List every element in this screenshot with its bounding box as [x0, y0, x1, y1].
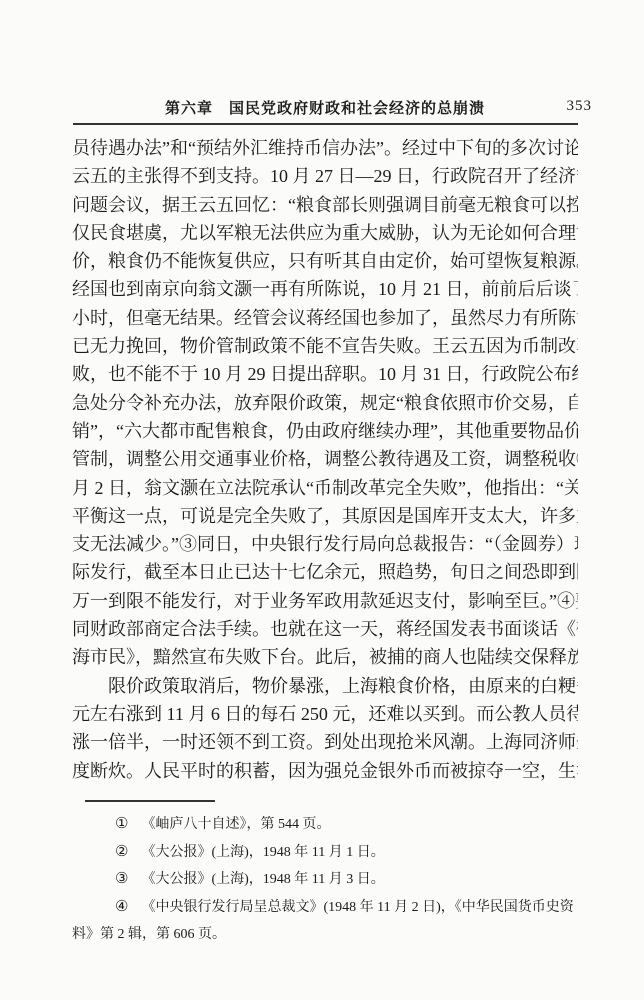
text-line: 急处分令补充办法，放弃限价政策，规定“粮食依照市价交易，自由运 [72, 389, 578, 417]
footnote-text: 《大公报》(上海)，1948 年 11 月 3 日。 [141, 872, 384, 887]
text-line: 小时，但毫无结果。经管会议蒋经国也参加了，虽然尽力有所陈说，但 [72, 304, 578, 332]
text-line: 月 2 日，翁文灏在立法院承认“币制改革完全失败”，他指出：“关于收支 [72, 474, 578, 502]
footnote-text: 《岫庐八十自述》，第 544 页。 [141, 817, 330, 832]
footnote-marker: ④ [115, 899, 128, 915]
footnote-item: ③《大公报》(上海)，1948 年 11 月 3 日。 [72, 866, 584, 894]
footnote-marker: ① [115, 816, 128, 832]
text-line: 销”，“六大都市配售粮食，仍由政府继续办理”，其他重要物品价格继续 [72, 417, 578, 445]
text-line: 员待遇办法”和“预结外汇维持币信办法”。经过中下旬的多次讨论，王 [72, 134, 578, 162]
text-line: 海市民》，黯然宣布失败下台。此后，被捕的商人也陆续交保释放。 [72, 643, 578, 671]
text-line: 云五的主张得不到支持。10 月 27 日—29 日，行政院召开了经济管理 [72, 162, 578, 190]
text-line: 限价政策取消后，物价暴涨，上海粮食价格，由原来的白粳每石 20 [72, 672, 578, 700]
chapter-title: 第六章 国民党政府财政和社会经济的总崩溃 [72, 97, 578, 118]
text-line: 仅民食堪虞，尤以军粮无法供应为重大威胁，认为无论如何合理调整粮 [72, 219, 578, 247]
text-line: 涨一倍半，一时还领不到工资。到处出现抢米风潮。上海同济师生一 [72, 728, 578, 756]
text-line: 同财政部商定合法手续。也就在这一天，蒋经国发表书面谈话《敬致上 [72, 615, 578, 643]
footnote-marker: ③ [115, 871, 128, 887]
text-line: 已无力挽回，物价管制政策不能不宣告失败。王云五因为币制改革失 [72, 332, 578, 360]
text-line: 败，也不能不于 10 月 29 日提出辞职。10 月 31 日，行政院公布经济紧 [72, 360, 578, 388]
text-line: 问题会议，据王云五回忆：“粮食部长则强调目前毫无粮食可以控制，不 [72, 191, 578, 219]
footnotes: ①《岫庐八十自述》，第 544 页。 ②《大公报》(上海)，1948 年 11 … [72, 811, 584, 949]
footnote-text: 《中央银行发行局呈总裁文》(1948 年 11 月 2 日)，《中华民国货币史资… [72, 900, 574, 943]
text-line: 元左右涨到 11 月 6 日的每石 250 元，还难以买到。而公教人员待遇只 [72, 700, 578, 728]
text-line: 经国也到南京向翁文灏一再有所陈说，10 月 21 日，前前后后谈了六个 [72, 275, 578, 303]
footnote-item: ②《大公报》(上海)，1948 年 11 月 1 日。 [72, 839, 584, 867]
footnote-item: ①《岫庐八十自述》，第 544 页。 [72, 811, 584, 839]
text-line: 际发行，截至本日止已达十七亿余元，照趋势，旬日之间恐即到限…… [72, 558, 578, 586]
body-text: 员待遇办法”和“预结外汇维持币信办法”。经过中下旬的多次讨论，王 云五的主张得不… [72, 134, 578, 785]
text-line: 度断炊。人民平时的积蓄，因为强兑金银外币而被掠夺一空，生活无以 [72, 757, 578, 785]
footnote-separator [85, 800, 215, 802]
text-line: 万一到限不能发行，对于业务军政用款延迟支付，影响至巨。”④要求会 [72, 587, 578, 615]
text-line: 支无法减少。”③同日，中央银行发行局向总裁报告：“（金圆券）现在实 [72, 530, 578, 558]
header-rule [73, 123, 578, 125]
footnote-marker: ② [115, 844, 128, 860]
footnote-item: ④《中央银行发行局呈总裁文》(1948 年 11 月 2 日)，《中华民国货币史… [72, 894, 584, 949]
text-line: 价，粮食仍不能恢复供应，只有听其自由定价，始可望恢复粮源。”①蒋 [72, 247, 578, 275]
text-line: 平衡这一点，可说是完全失败了，其原因是国库开支太大，许多重大开 [72, 502, 578, 530]
footnote-text: 《大公报》(上海)，1948 年 11 月 1 日。 [141, 845, 384, 860]
book-page: 第六章 国民党政府财政和社会经济的总崩溃 353 员待遇办法”和“预结外汇维持币… [0, 0, 644, 1000]
page-number: 353 [567, 98, 593, 115]
text-line: 管制，调整公用交通事业价格，调整公教待遇及工资，调整税收②。11 [72, 445, 578, 473]
